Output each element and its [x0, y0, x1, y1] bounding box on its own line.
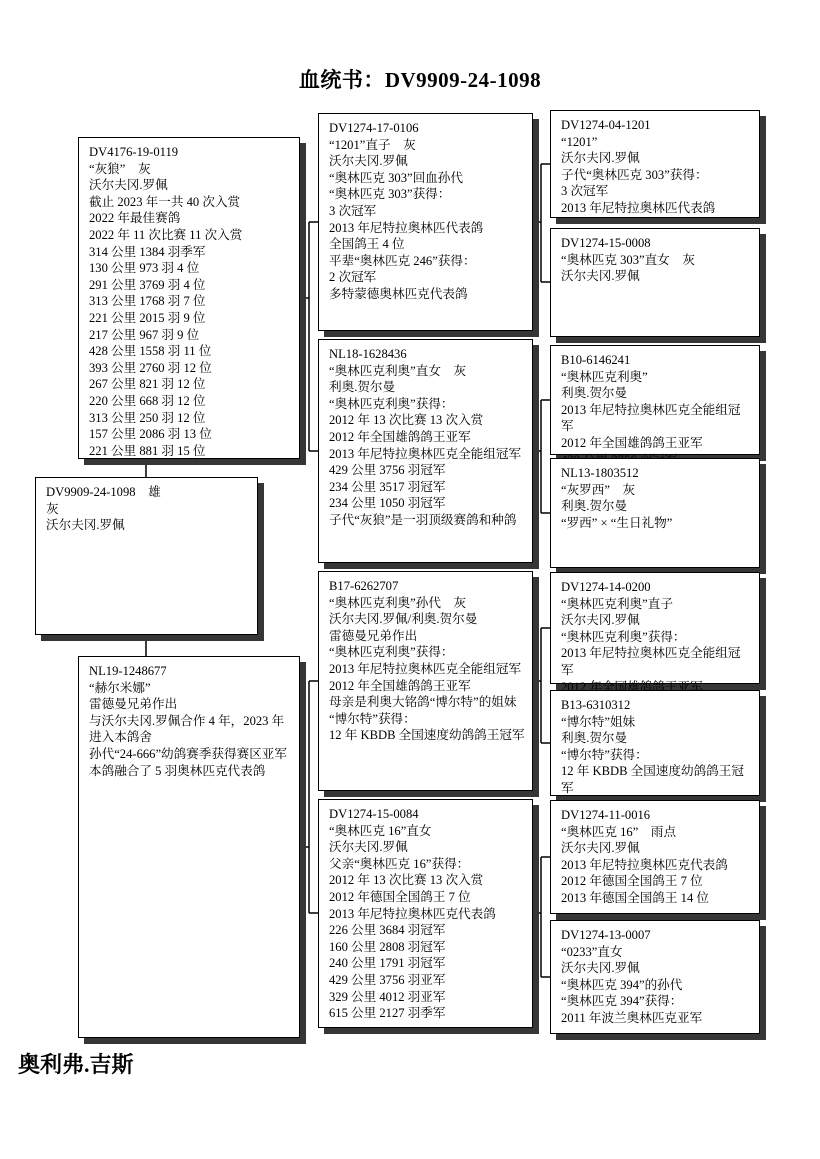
box-great-grandparent-4: NL13-1803512 “灰罗西” 灰 利奥.贺尔曼 “罗西” × “生日礼物…	[550, 458, 760, 568]
page-title: 血统书：DV9909-24-1098	[0, 64, 820, 94]
box-grandparent-3-text: B17-6262707 “奥林匹克利奥”孙代 灰 沃尔夫冈.罗佩/利奥.贺尔曼 …	[319, 572, 532, 748]
loft-owner-name: 奥利弗.吉斯	[18, 1048, 134, 1079]
box-grandparent-2: NL18-1628436 “奥林匹克利奥”直女 灰 利奥.贺尔曼 “奥林匹克利奥…	[318, 339, 533, 563]
box-father: DV4176-19-0119 “灰狼” 灰 沃尔夫冈.罗佩 截止 2023 年一…	[78, 137, 300, 459]
box-great-grandparent-3: B10-6146241 “奥林匹克利奥” 利奥.贺尔曼 2013 年尼特拉奥林匹…	[550, 345, 760, 455]
connector-gp1-to-ggp	[533, 164, 550, 282]
box-great-grandparent-3-text: B10-6146241 “奥林匹克利奥” 利奥.贺尔曼 2013 年尼特拉奥林匹…	[551, 346, 759, 472]
connector-gp4-to-ggp	[533, 857, 550, 977]
box-great-grandparent-1-text: DV1274-04-1201 “1201” 沃尔夫冈.罗佩 子代“奥林匹克 30…	[551, 111, 759, 221]
box-great-grandparent-6-text: B13-6310312 “博尔特”姐妹 利奥.贺尔曼 “博尔特”获得： 12 年…	[551, 691, 759, 801]
box-subject-text: DV9909-24-1098 雄 灰 沃尔夫冈.罗佩	[36, 478, 257, 538]
connector-gp3-to-ggp	[533, 628, 550, 743]
box-grandparent-1-text: DV1274-17-0106 “1201”直子 灰 沃尔夫冈.罗佩 “奥林匹克 …	[319, 114, 532, 307]
box-grandparent-4: DV1274-15-0084 “奥林匹克 16”直女 沃尔夫冈.罗佩 父亲“奥林…	[318, 799, 533, 1028]
box-great-grandparent-2-text: DV1274-15-0008 “奥林匹克 303”直女 灰 沃尔夫冈.罗佩	[551, 229, 759, 289]
box-great-grandparent-4-text: NL13-1803512 “灰罗西” 灰 利奥.贺尔曼 “罗西” × “生日礼物…	[551, 459, 759, 535]
box-great-grandparent-2: DV1274-15-0008 “奥林匹克 303”直女 灰 沃尔夫冈.罗佩	[550, 228, 760, 337]
box-great-grandparent-7: DV1274-11-0016 “奥林匹克 16” 雨点 沃尔夫冈.罗佩 2013…	[550, 800, 760, 914]
box-great-grandparent-5: DV1274-14-0200 “奥林匹克利奥”直子 沃尔夫冈.罗佩 “奥林匹克利…	[550, 572, 760, 684]
box-grandparent-1: DV1274-17-0106 “1201”直子 灰 沃尔夫冈.罗佩 “奥林匹克 …	[318, 113, 533, 331]
box-great-grandparent-6: B13-6310312 “博尔特”姐妹 利奥.贺尔曼 “博尔特”获得： 12 年…	[550, 690, 760, 796]
connector-mother-to-grandparents	[300, 681, 318, 913]
box-subject: DV9909-24-1098 雄 灰 沃尔夫冈.罗佩	[35, 477, 258, 635]
box-great-grandparent-8: DV1274-13-0007 “0233”直女 沃尔夫冈.罗佩 “奥林匹克 39…	[550, 920, 760, 1034]
connector-father-to-grandparents	[300, 222, 318, 451]
connector-gp2-to-ggp	[533, 400, 550, 513]
box-father-text: DV4176-19-0119 “灰狼” 灰 沃尔夫冈.罗佩 截止 2023 年一…	[79, 138, 299, 463]
box-mother: NL19-1248677 “赫尔米娜” 雷德曼兄弟作出 与沃尔夫冈.罗佩合作 4…	[78, 656, 300, 1038]
pedigree-page: 血统书：DV9909-24-1098 DV4176-19-0119 “灰狼” 灰…	[0, 0, 820, 1159]
box-great-grandparent-5-text: DV1274-14-0200 “奥林匹克利奥”直子 沃尔夫冈.罗佩 “奥林匹克利…	[551, 573, 759, 699]
box-great-grandparent-7-text: DV1274-11-0016 “奥林匹克 16” 雨点 沃尔夫冈.罗佩 2013…	[551, 801, 759, 911]
box-mother-text: NL19-1248677 “赫尔米娜” 雷德曼兄弟作出 与沃尔夫冈.罗佩合作 4…	[79, 657, 299, 783]
box-great-grandparent-8-text: DV1274-13-0007 “0233”直女 沃尔夫冈.罗佩 “奥林匹克 39…	[551, 921, 759, 1031]
box-grandparent-2-text: NL18-1628436 “奥林匹克利奥”直女 灰 利奥.贺尔曼 “奥林匹克利奥…	[319, 340, 532, 533]
box-grandparent-4-text: DV1274-15-0084 “奥林匹克 16”直女 沃尔夫冈.罗佩 父亲“奥林…	[319, 800, 532, 1026]
box-great-grandparent-1: DV1274-04-1201 “1201” 沃尔夫冈.罗佩 子代“奥林匹克 30…	[550, 110, 760, 218]
box-grandparent-3: B17-6262707 “奥林匹克利奥”孙代 灰 沃尔夫冈.罗佩/利奥.贺尔曼 …	[318, 571, 533, 791]
